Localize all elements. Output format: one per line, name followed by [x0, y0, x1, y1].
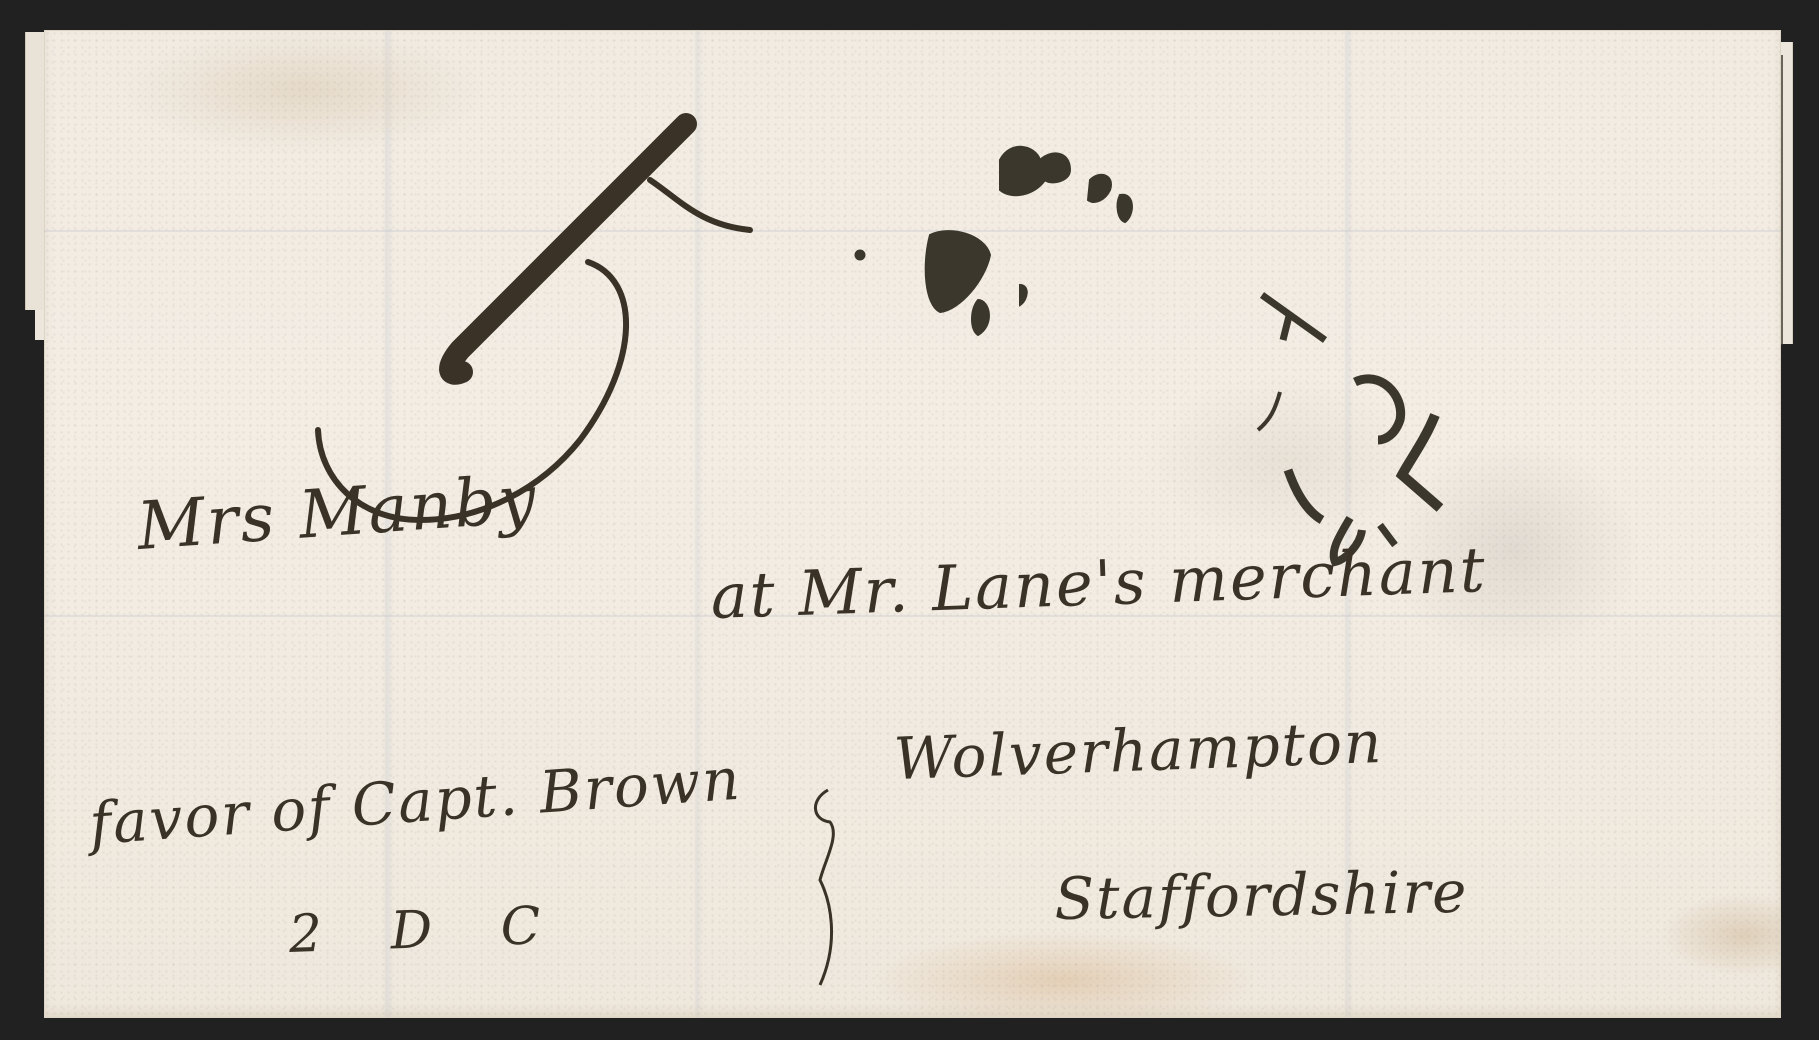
endorsement-code: 2 D C: [288, 895, 568, 965]
address-line-county: Staffordshire: [1054, 858, 1469, 933]
fold-line: [44, 230, 1781, 232]
addressee-title: Mrs: [135, 478, 279, 565]
photo-backdrop: Mrs Manby at Mr. Lane's merchant Wolverh…: [0, 0, 1819, 1040]
